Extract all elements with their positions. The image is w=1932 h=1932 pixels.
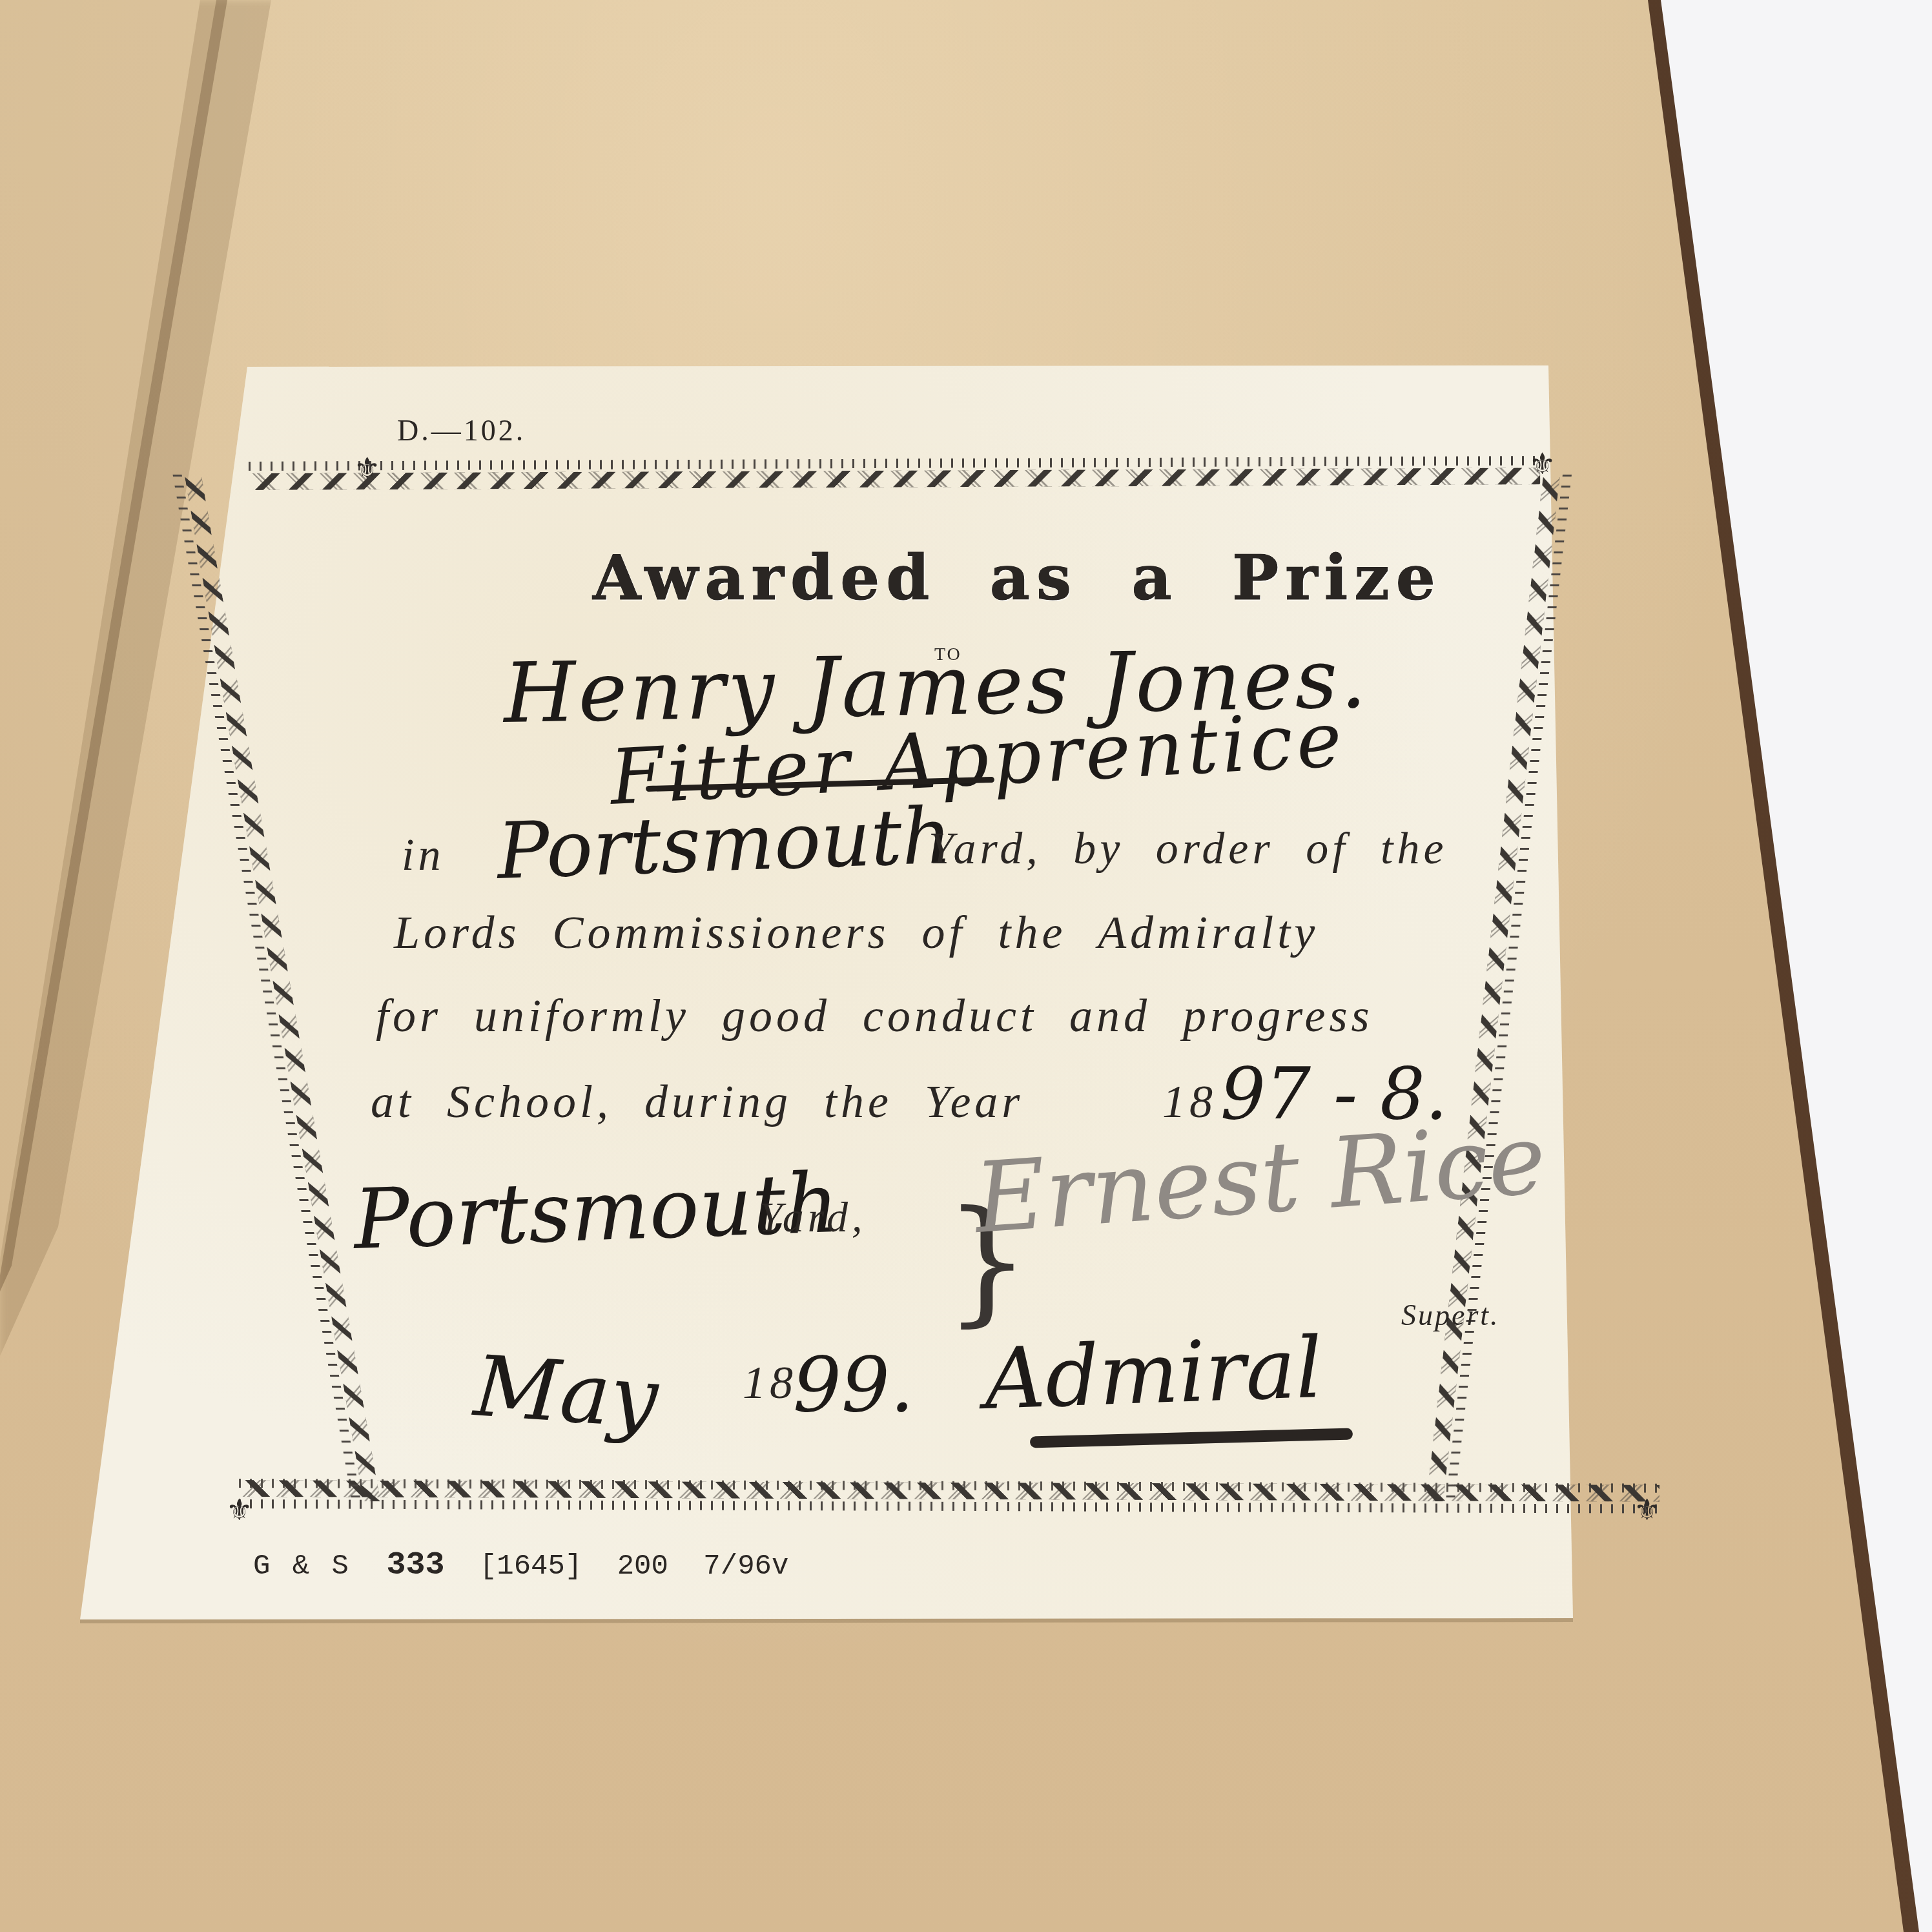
border-top xyxy=(249,456,1540,493)
border-left xyxy=(173,475,384,1501)
line-in: in xyxy=(402,830,444,881)
admiral-title-handwritten: Admiral xyxy=(983,1319,1324,1428)
imprint-job-number: 333 xyxy=(386,1547,444,1584)
printer-imprint: G & S 333 [1645] 200 7/96v xyxy=(253,1547,788,1584)
border-right xyxy=(1426,475,1576,1501)
date-year-handwritten: 99. xyxy=(793,1340,914,1429)
date-month-handwritten: May xyxy=(471,1337,661,1447)
line-lords-commissioners: Lords Commissioners of the Admiralty xyxy=(394,906,1319,960)
fleur-corner-icon: ⚜ xyxy=(1529,451,1555,477)
fleur-corner-icon: ⚜ xyxy=(1634,1497,1660,1523)
signature-yard-label: Yard, xyxy=(759,1193,866,1242)
ornamental-border: ⚜ ⚜ ⚜ ⚜ xyxy=(0,0,1932,1932)
imprint-quantity: 200 xyxy=(617,1550,668,1583)
year-printed: 18 xyxy=(1162,1075,1217,1129)
line-good-conduct: for uniformly good conduct and progress xyxy=(376,989,1373,1043)
yard-name-handwritten: Portsmouth xyxy=(496,791,954,896)
imprint-printer: G & S xyxy=(253,1550,351,1583)
date-year-printed: 18 xyxy=(743,1356,797,1410)
imprint-date-code: 7/96v xyxy=(703,1550,788,1583)
line-yard-order: Yard, by order of the xyxy=(929,823,1448,875)
fleur-corner-icon: ⚜ xyxy=(354,455,380,481)
imprint-reference: [1645] xyxy=(480,1550,582,1583)
fleur-corner-icon: ⚜ xyxy=(226,1497,252,1523)
line-school-year: at School, during the Year xyxy=(371,1075,1023,1129)
heading: Awarded as a Prize xyxy=(593,541,1442,614)
supert-label: Supert. xyxy=(1401,1298,1500,1332)
